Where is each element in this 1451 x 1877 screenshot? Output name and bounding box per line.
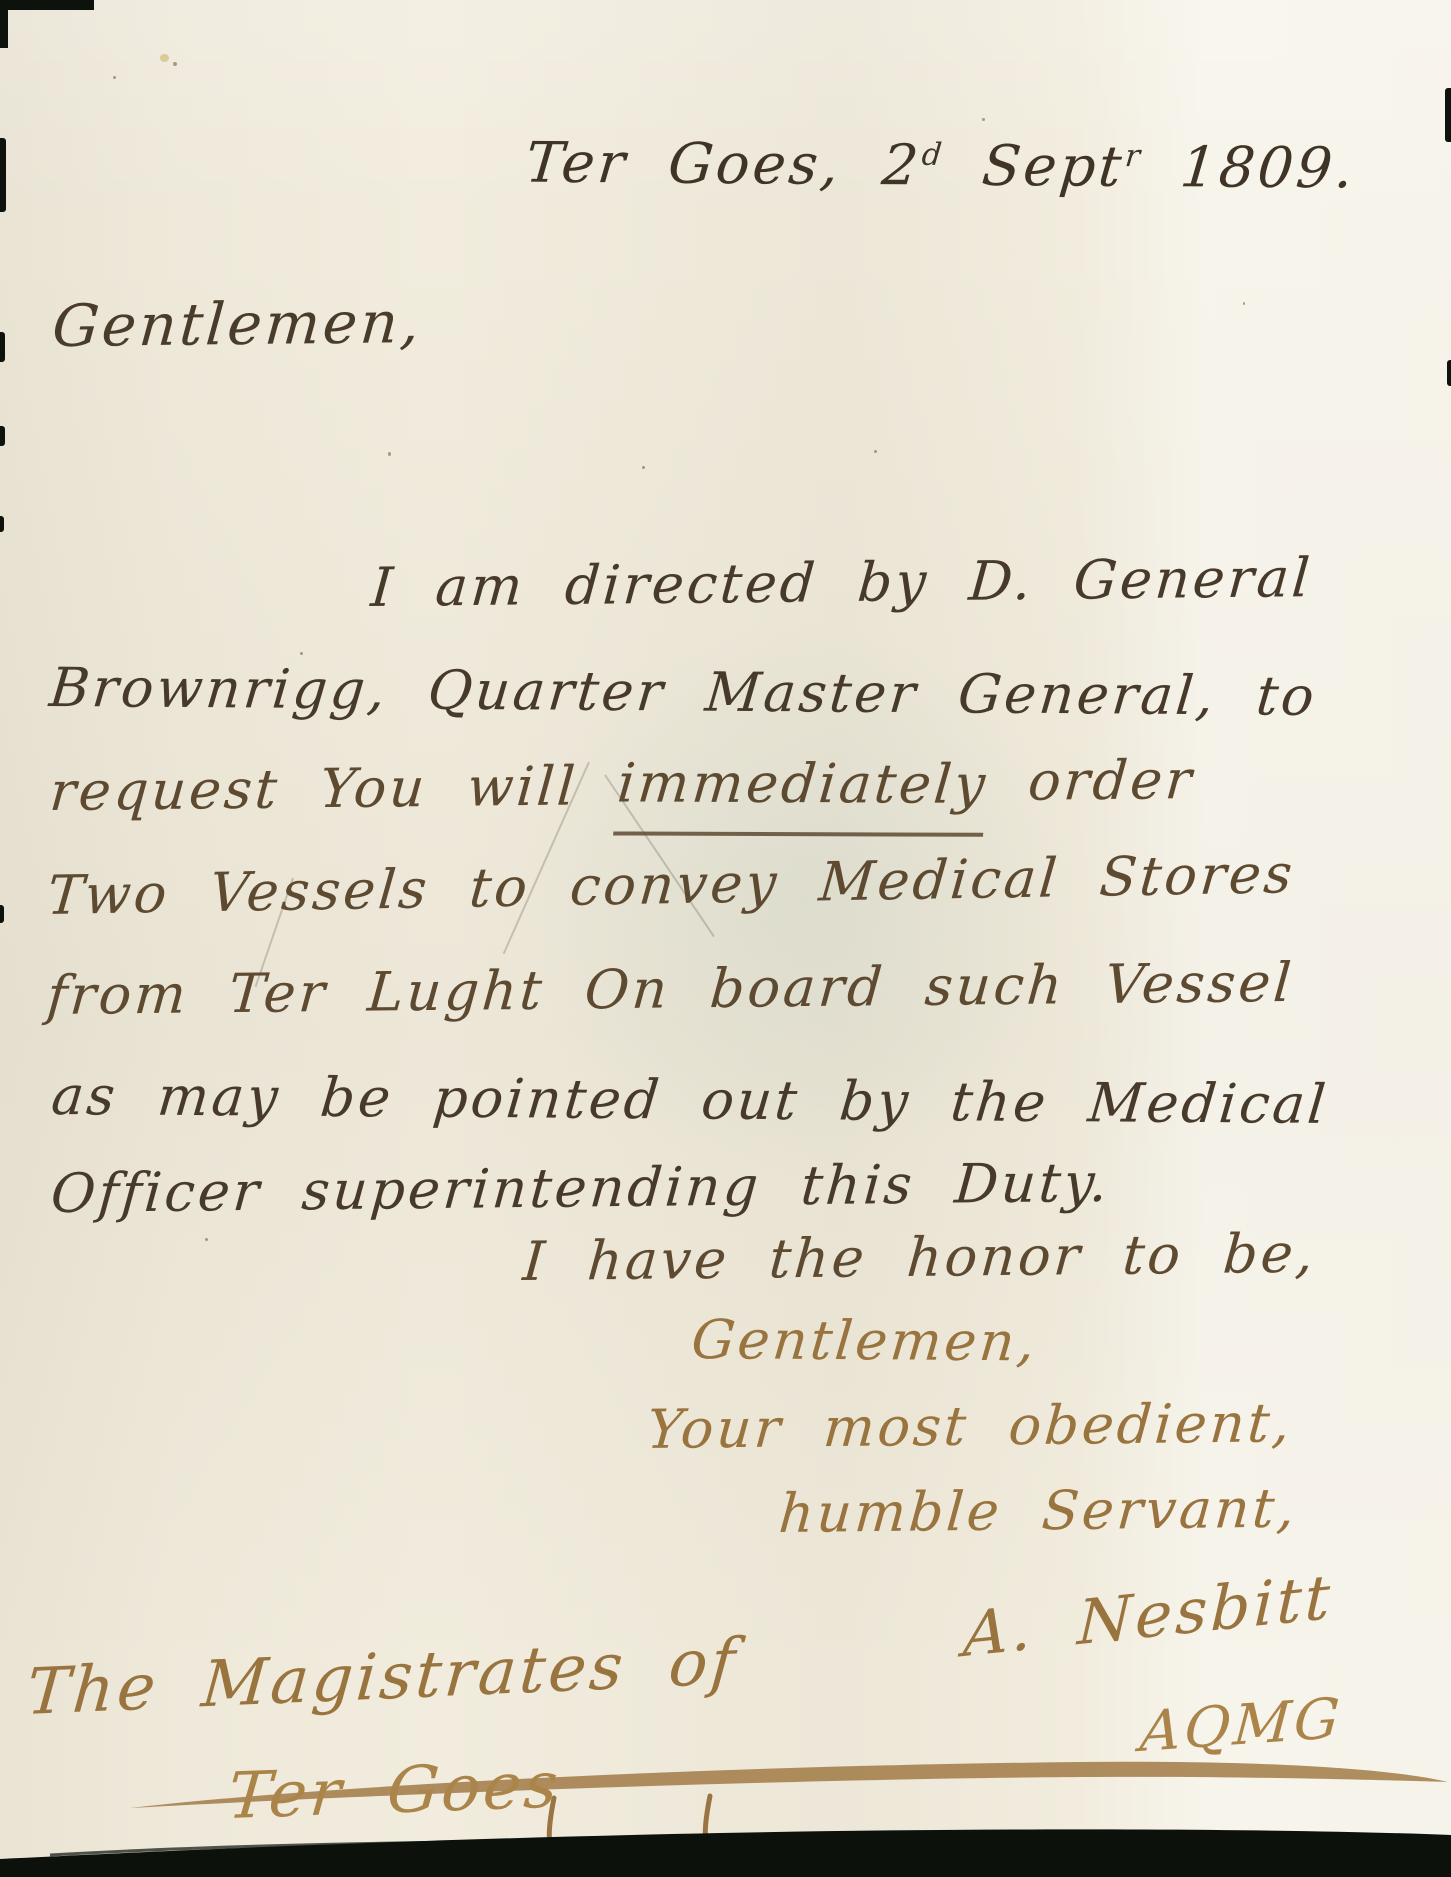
- paper-speck: [205, 1238, 208, 1241]
- body-line-3-pre: request You will: [48, 754, 621, 823]
- scan-edge-left-5: [0, 905, 4, 923]
- paper-speck: [388, 452, 391, 456]
- paper-speck: [173, 62, 177, 66]
- paper-speck: [1243, 302, 1245, 305]
- underlined-word-immediately: immediately: [613, 743, 991, 836]
- dateline-year: 1809.: [1137, 135, 1359, 202]
- paper-speck: [113, 76, 116, 79]
- paper-speck: [874, 450, 877, 453]
- scan-edge-top-left: [0, 0, 94, 10]
- bottom-band-shape: [0, 1829, 1451, 1877]
- body-line-3: request You will immediately order: [46, 740, 1197, 844]
- dateline-month: Sept: [938, 134, 1127, 200]
- closing-line-4: humble Servant,: [776, 1469, 1300, 1554]
- signature-name: A. Nesbitt: [962, 1560, 1334, 1671]
- signature-title: AQMG: [1138, 1686, 1344, 1765]
- closing-line-2: Gentlemen,: [688, 1300, 1041, 1382]
- body-line-2: Brownrigg, Quarter Master General, to: [46, 648, 1320, 737]
- body-line-3-post: order: [986, 748, 1197, 813]
- dateline-place: Ter Goes, 2: [523, 131, 924, 199]
- closing-line-1: I have the honor to be,: [520, 1214, 1319, 1302]
- paper-speck: [642, 466, 645, 469]
- closing-line-3: Your most obedient,: [644, 1383, 1296, 1470]
- dateline: Ter Goes, 2d Septr 1809.: [522, 112, 1361, 209]
- scan-edge-left-4: [0, 516, 4, 532]
- scan-edge-corner: [0, 0, 8, 48]
- body-line-5: from Ter Lught On board such Vessel: [44, 943, 1297, 1036]
- addressee-line-2: Ter Goes: [225, 1748, 564, 1834]
- salutation: Gentlemen,: [50, 288, 425, 360]
- scanned-letter-page: Ter Goes, 2d Septr 1809. Gentlemen, I am…: [0, 0, 1451, 1877]
- scan-bottom-band: [0, 1817, 1451, 1877]
- pen-mark-right: [705, 1796, 754, 1846]
- body-line-6: as may be pointed out by the Medical: [48, 1056, 1332, 1145]
- scan-edge-left-2: [0, 332, 5, 362]
- body-line-1: I am directed by D. General: [368, 538, 1315, 628]
- addressee-line-1: The Magistrates of: [24, 1625, 741, 1730]
- scan-edge-right-1: [1445, 88, 1451, 142]
- pen-flourish-marks: [540, 1790, 800, 1860]
- bottom-band-line: [50, 1841, 620, 1855]
- scan-edge-left-1: [0, 138, 6, 212]
- paper-stain: [160, 54, 169, 62]
- body-line-4: Two Vessels to convey Medical Stores: [44, 834, 1298, 936]
- scan-edge-left-3: [0, 426, 5, 446]
- scan-edge-right-2: [1447, 360, 1451, 386]
